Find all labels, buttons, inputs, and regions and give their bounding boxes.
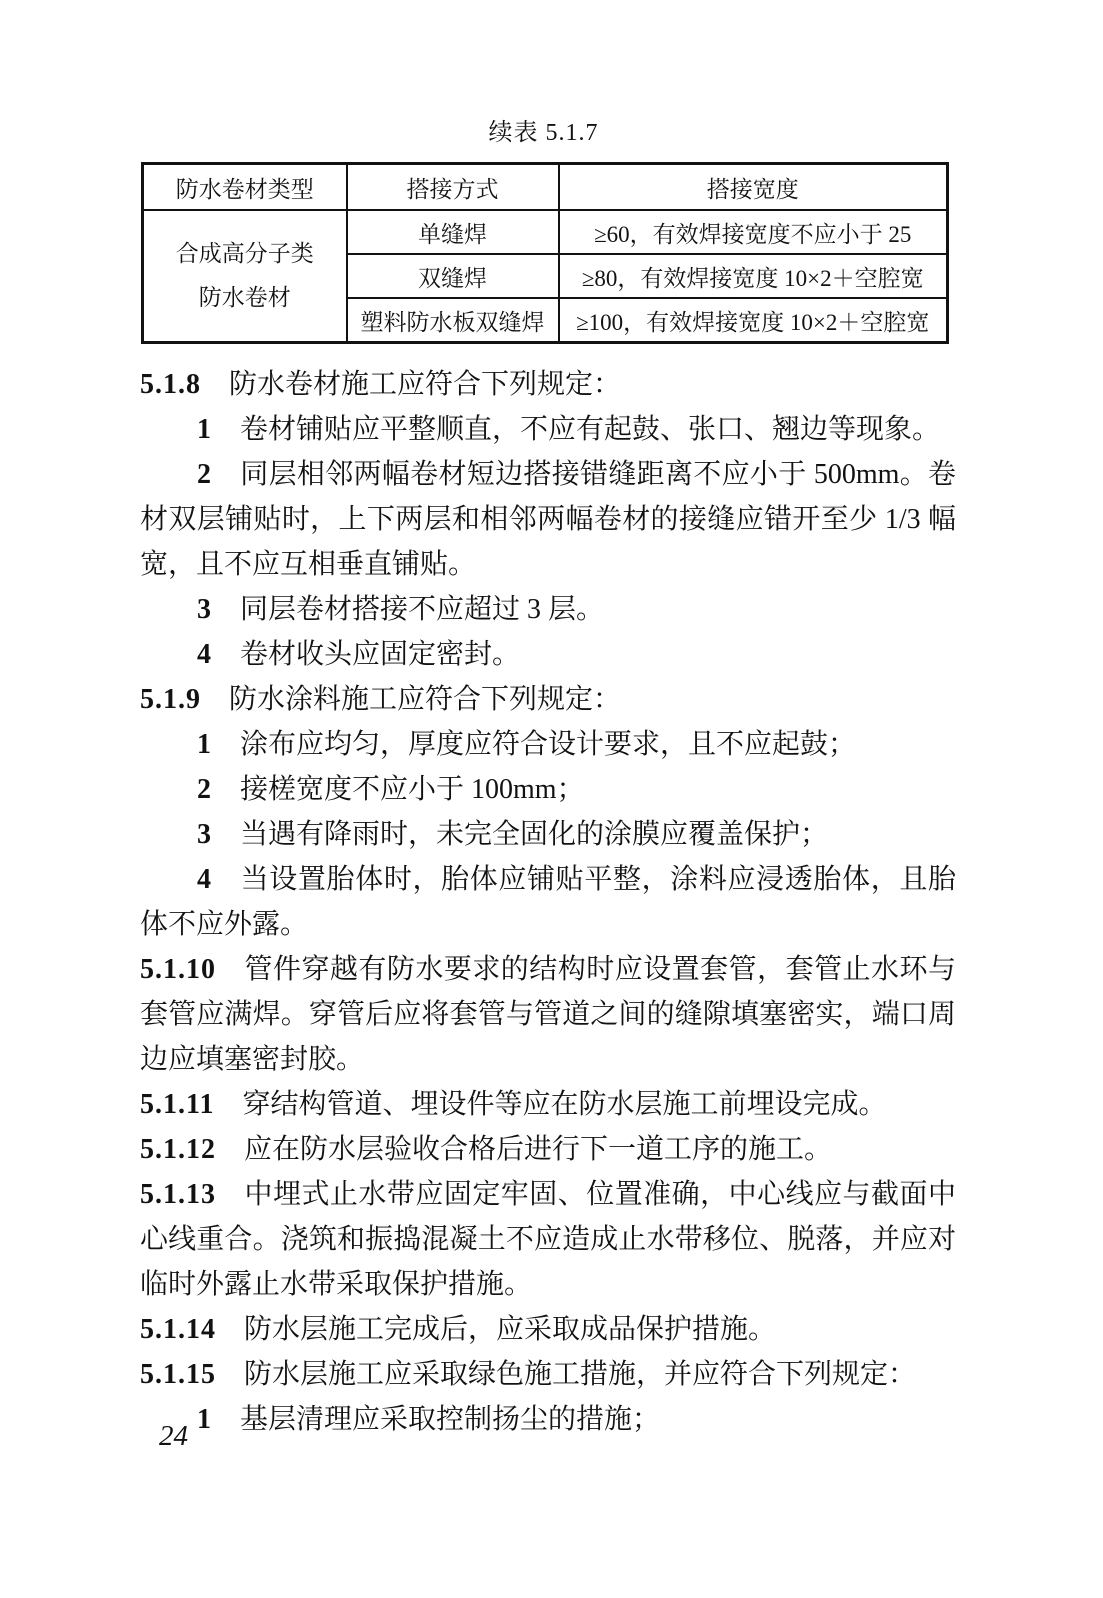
- clause-number: 5.1.9: [140, 684, 229, 715]
- lap-width-cell: ≥60，有效焊接宽度不应小于 25: [559, 210, 948, 254]
- lap-width-table: 防水卷材类型 搭接方式 搭接宽度 合成高分子类 防水卷材 单缝焊 ≥60，有效焊…: [141, 162, 949, 344]
- lap-method-cell: 单缝焊: [347, 210, 559, 254]
- clause-text: 穿结构管道、埋设件等应在防水层施工前埋设完成。: [242, 1089, 886, 1120]
- col-header-lap-method: 搭接方式: [347, 164, 559, 211]
- clause-5-1-8-item-1: 1卷材铺贴应平整顺直，不应有起鼓、张口、翘边等现象。: [140, 407, 956, 452]
- clause-text: 应在防水层验收合格后进行下一道工序的施工。: [244, 1134, 832, 1165]
- clause-text: 防水层施工完成后，应采取成品保护措施。: [244, 1314, 776, 1345]
- clause-5-1-11: 5.1.11穿结构管道、埋设件等应在防水层施工前埋设完成。: [140, 1082, 956, 1127]
- col-header-membrane-type: 防水卷材类型: [143, 164, 347, 211]
- lap-method-cell: 塑料防水板双缝焊: [347, 298, 559, 343]
- item-text: 同层相邻两幅卷材短边搭接错缝距离不应小于 500mm。卷材双层铺贴时，上下两层和…: [140, 459, 956, 580]
- clause-5-1-14: 5.1.14防水层施工完成后，应采取成品保护措施。: [140, 1307, 956, 1352]
- clause-5-1-8-item-2: 2同层相邻两幅卷材短边搭接错缝距离不应小于 500mm。卷材双层铺贴时，上下两层…: [140, 452, 956, 587]
- item-number: 3: [197, 594, 240, 625]
- lap-width-cell: ≥80，有效焊接宽度 10×2＋空腔宽: [559, 254, 948, 298]
- col-header-lap-width: 搭接宽度: [559, 164, 948, 211]
- membrane-type-cell: 合成高分子类 防水卷材: [143, 210, 347, 343]
- clause-5-1-15: 5.1.15防水层施工应采取绿色施工措施，并应符合下列规定：: [140, 1352, 956, 1397]
- clause-5-1-8-item-4: 4卷材收头应固定密封。: [140, 632, 956, 677]
- page-number: 24: [159, 1420, 188, 1453]
- clause-5-1-9-item-2: 2接槎宽度不应小于 100mm；: [140, 767, 956, 812]
- clause-5-1-15-item-1: 1基层清理应采取控制扬尘的措施；: [140, 1397, 956, 1442]
- clause-text: 防水涂料施工应符合下列规定：: [229, 684, 621, 715]
- membrane-type-line1: 合成高分子类: [148, 232, 342, 276]
- clause-text: 管件穿越有防水要求的结构时应设置套管，套管止水环与套管应满焊。穿管后应将套管与管…: [140, 954, 956, 1075]
- clause-5-1-9: 5.1.9防水涂料施工应符合下列规定：: [140, 677, 956, 722]
- item-number: 1: [197, 414, 240, 445]
- clause-number: 5.1.10: [140, 954, 244, 985]
- membrane-type-line2: 防水卷材: [148, 276, 342, 320]
- item-number: 1: [197, 729, 240, 760]
- document-page: 续表 5.1.7 防水卷材类型 搭接方式 搭接宽度 合成高分子类 防水卷材 单缝…: [0, 0, 1103, 1598]
- clause-5-1-9-item-3: 3当遇有降雨时，未完全固化的涂膜应覆盖保护；: [140, 812, 956, 857]
- lap-method-cell: 双缝焊: [347, 254, 559, 298]
- clause-number: 5.1.15: [140, 1359, 244, 1390]
- item-text: 当遇有降雨时，未完全固化的涂膜应覆盖保护；: [240, 819, 828, 850]
- item-text: 涂布应均匀，厚度应符合设计要求，且不应起鼓；: [240, 729, 856, 760]
- item-number: 2: [197, 459, 240, 490]
- clause-number: 5.1.8: [140, 369, 229, 400]
- item-number: 4: [197, 864, 240, 895]
- item-text: 同层卷材搭接不应超过 3 层。: [240, 594, 604, 625]
- clause-number: 5.1.11: [140, 1089, 242, 1120]
- clause-number: 5.1.12: [140, 1134, 244, 1165]
- clause-5-1-9-item-4: 4当设置胎体时，胎体应铺贴平整，涂料应浸透胎体，且胎体不应外露。: [140, 857, 956, 947]
- clause-5-1-8: 5.1.8防水卷材施工应符合下列规定：: [140, 362, 956, 407]
- item-text: 卷材铺贴应平整顺直，不应有起鼓、张口、翘边等现象。: [240, 414, 940, 445]
- item-text: 接槎宽度不应小于 100mm；: [240, 774, 585, 805]
- item-text: 卷材收头应固定密封。: [240, 639, 520, 670]
- clause-number: 5.1.13: [140, 1179, 244, 1210]
- table-caption: 续表 5.1.7: [141, 112, 946, 147]
- item-text: 当设置胎体时，胎体应铺贴平整，涂料应浸透胎体，且胎体不应外露。: [140, 864, 956, 940]
- table-header-row: 防水卷材类型 搭接方式 搭接宽度: [143, 164, 948, 211]
- lap-width-cell: ≥100，有效焊接宽度 10×2＋空腔宽: [559, 298, 948, 343]
- clause-5-1-10: 5.1.10管件穿越有防水要求的结构时应设置套管，套管止水环与套管应满焊。穿管后…: [140, 947, 956, 1082]
- item-number: 1: [197, 1404, 240, 1435]
- clause-text: 防水卷材施工应符合下列规定：: [229, 369, 621, 400]
- item-number: 4: [197, 639, 240, 670]
- item-text: 基层清理应采取控制扬尘的措施；: [240, 1404, 660, 1435]
- clause-number: 5.1.14: [140, 1314, 244, 1345]
- clauses-section: 5.1.8防水卷材施工应符合下列规定： 1卷材铺贴应平整顺直，不应有起鼓、张口、…: [140, 362, 956, 1442]
- clause-5-1-13: 5.1.13中埋式止水带应固定牢固、位置准确，中心线应与截面中心线重合。浇筑和振…: [140, 1172, 956, 1307]
- clause-text: 防水层施工应采取绿色施工措施，并应符合下列规定：: [244, 1359, 916, 1390]
- item-number: 2: [197, 774, 240, 805]
- clause-5-1-9-item-1: 1涂布应均匀，厚度应符合设计要求，且不应起鼓；: [140, 722, 956, 767]
- clause-5-1-12: 5.1.12应在防水层验收合格后进行下一道工序的施工。: [140, 1127, 956, 1172]
- clause-text: 中埋式止水带应固定牢固、位置准确，中心线应与截面中心线重合。浇筑和振捣混凝土不应…: [140, 1179, 956, 1300]
- clause-5-1-8-item-3: 3同层卷材搭接不应超过 3 层。: [140, 587, 956, 632]
- item-number: 3: [197, 819, 240, 850]
- table-row: 合成高分子类 防水卷材 单缝焊 ≥60，有效焊接宽度不应小于 25: [143, 210, 948, 254]
